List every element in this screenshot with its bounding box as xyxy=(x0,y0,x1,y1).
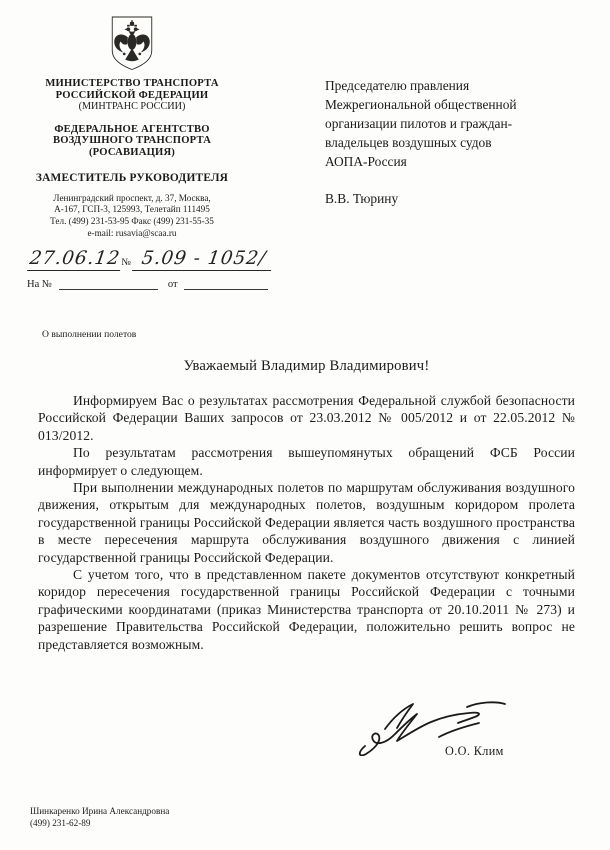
reply-from-label: от xyxy=(168,279,178,290)
addressee-line: Межрегиональной общественной xyxy=(325,95,570,114)
salutation: Уважаемый Владимир Владимирович! xyxy=(38,358,575,375)
ministry-short-name: (МИНТРАНС РОССИИ) xyxy=(28,101,236,113)
ministry-name-line1: МИНИСТЕРСТВО ТРАНСПОРТА xyxy=(28,78,236,90)
reply-to-number-label: На № xyxy=(27,279,52,290)
agency-contact-block: Ленинградский проспект, д. 37, Москва, А… xyxy=(28,193,236,240)
executor-phone: (499) 231-62-89 xyxy=(30,818,169,830)
outgoing-number-row: 27.06.12 № 5.09 - 1052/ xyxy=(27,248,287,271)
addressee-name: В.В. Тюрину xyxy=(325,189,570,208)
letterhead: МИНИСТЕРСТВО ТРАНСПОРТА РОССИЙСКОЙ ФЕДЕР… xyxy=(28,14,236,240)
executor-name: Шинкаренко Ирина Александровна xyxy=(30,806,169,818)
body-paragraph-1: Информируем Вас о результатах рассмотрен… xyxy=(38,392,575,444)
body-paragraph-4: С учетом того, что в представленном паке… xyxy=(38,566,575,653)
agency-name-line1: ФЕДЕРАЛЬНОЕ АГЕНТСТВО xyxy=(28,124,236,136)
scanned-letter-page: МИНИСТЕРСТВО ТРАНСПОРТА РОССИЙСКОЙ ФЕДЕР… xyxy=(0,0,610,850)
handwritten-outgoing-number: 5.09 - 1052/ xyxy=(132,248,274,271)
handwritten-date: 27.06.12 xyxy=(27,248,124,271)
signer-position-title: ЗАМЕСТИТЕЛЬ РУКОВОДИТЕЛЯ xyxy=(28,172,236,184)
body-paragraph-3: При выполнении международных полетов по … xyxy=(38,479,575,566)
ministry-name-line2: РОССИЙСКОЙ ФЕДЕРАЦИИ xyxy=(28,90,236,102)
addressee-line: Председателю правления xyxy=(325,76,570,95)
agency-email: e-mail: rusavia@scaa.ru xyxy=(28,228,236,240)
agency-name-line2: ВОЗДУШНОГО ТРАНСПОРТА xyxy=(28,135,236,147)
signer-name: О.О. Клим xyxy=(445,744,570,759)
reply-number-blank-line xyxy=(59,278,158,290)
addressee-block: Председателю правления Межрегиональной о… xyxy=(325,76,570,208)
number-sign: № xyxy=(120,257,132,271)
reply-date-blank-line xyxy=(184,278,268,290)
subject-line: О выполнении полетов xyxy=(42,329,136,340)
addressee-line: владельцев воздушных судов xyxy=(325,133,570,152)
coat-of-arms-eagle-icon xyxy=(106,14,158,72)
incoming-reference-row: На № от xyxy=(27,278,287,290)
addressee-line: АОПА-Россия xyxy=(325,152,570,171)
agency-address-line1: Ленинградский проспект, д. 37, Москва, xyxy=(28,193,236,205)
signature-block: О.О. Клим xyxy=(355,698,570,759)
reference-block: 27.06.12 № 5.09 - 1052/ На № от xyxy=(27,248,287,290)
letter-body: Уважаемый Владимир Владимирович! Информи… xyxy=(38,358,575,653)
agency-address-line2: А-167, ГСП-3, 125993, Телетайп 111495 xyxy=(28,204,236,216)
agency-short-name: (РОСАВИАЦИЯ) xyxy=(28,147,236,159)
executor-block: Шинкаренко Ирина Александровна (499) 231… xyxy=(30,806,169,829)
addressee-line: организации пилотов и граждан- xyxy=(325,114,570,133)
body-paragraph-2: По результатам рассмотрения вышеупомянут… xyxy=(38,444,575,479)
agency-phone-fax: Тел. (499) 231-53-95 Факс (499) 231-55-3… xyxy=(28,216,236,228)
